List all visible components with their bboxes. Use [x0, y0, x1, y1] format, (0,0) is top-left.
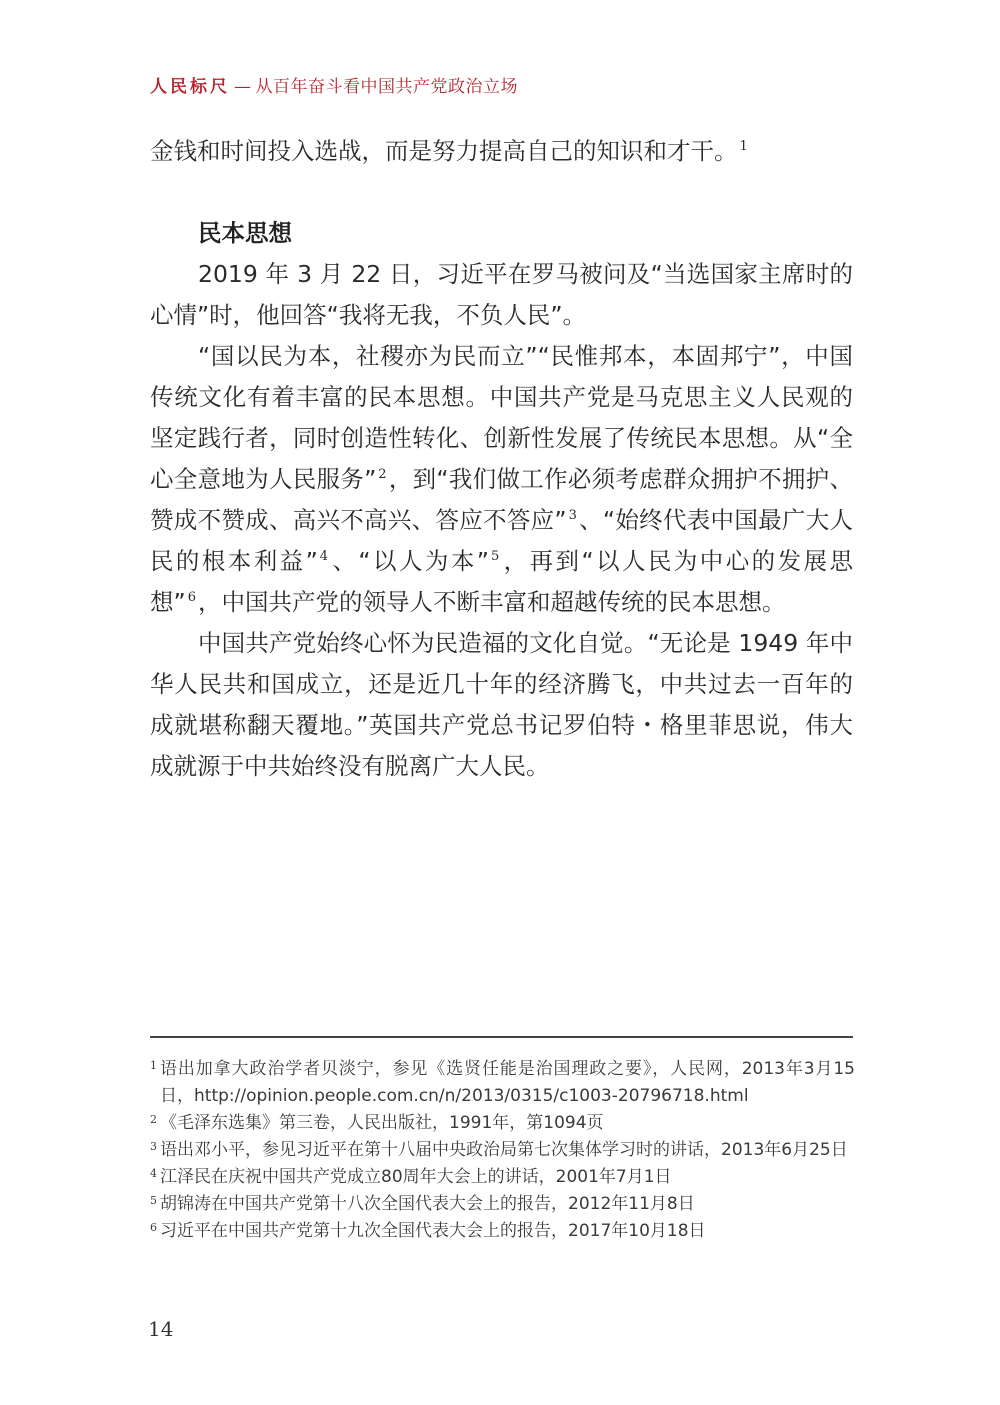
continuation-text: 金钱和时间投入选战，而是努力提高自己的知识和才干。 [150, 137, 738, 165]
footnote-text: 《毛泽东选集》第三卷，人民出版社，1991年，第1094页 [160, 1110, 855, 1137]
footnote-text: 语出邓小平，参见习近平在第十八届中央政治局第七次集体学习时的讲话，2013年6月… [160, 1137, 855, 1164]
footnote-ref[interactable]: 6 [188, 590, 196, 605]
footnote-text: 习近平在中国共产党第十九次全国代表大会上的报告，2017年10月18日 [160, 1218, 855, 1245]
paragraph: “国以民为本，社稷亦为民而立”“民惟邦本，本固邦宁”，中国传统文化有着丰富的民本… [150, 336, 853, 623]
footnote-6: 6 习近平在中国共产党第十九次全国代表大会上的报告，2017年10月18日 [150, 1218, 855, 1245]
footnote-2: 2 《毛泽东选集》第三卷，人民出版社，1991年，第1094页 [150, 1110, 855, 1137]
footnotes: 1 语出加拿大政治学者贝淡宁，参见《选贤任能是治国理政之要》，人民网，2013年… [150, 1056, 855, 1245]
paragraph-text: 中国共产党始终心怀为民造福的文化自觉。“无论是 1949 年中华人民共和国成立，… [150, 629, 853, 780]
header-separator: — [234, 77, 252, 97]
paragraph-text: ，中国共产党的领导人不断丰富和超越传统的民本思想。 [198, 588, 786, 616]
footnote-1: 1 语出加拿大政治学者贝淡宁，参见《选贤任能是治国理政之要》，人民网，2013年… [150, 1056, 855, 1110]
footnote-number: 1 [150, 1052, 157, 1079]
footnote-ref[interactable]: 1 [740, 139, 748, 154]
footnote-5: 5 胡锦涛在中国共产党第十八次全国代表大会上的报告，2012年11月8日 [150, 1191, 855, 1218]
paragraph-text: 2019 年 3 月 22 日，习近平在罗马被问及“当选国家主席时的心情”时，他… [150, 260, 853, 329]
continuation-paragraph: 金钱和时间投入选战，而是努力提高自己的知识和才干。1 [150, 131, 853, 172]
footnote-3: 3 语出邓小平，参见习近平在第十八届中央政治局第七次集体学习时的讲话，2013年… [150, 1137, 855, 1164]
paragraph: 中国共产党始终心怀为民造福的文化自觉。“无论是 1949 年中华人民共和国成立，… [150, 623, 853, 787]
footnote-number: 5 [150, 1187, 157, 1214]
running-header: 人民标尺—从百年奋斗看中国共产党政治立场 [150, 72, 518, 97]
footnote-4: 4 江泽民在庆祝中国共产党成立80周年大会上的讲话，2001年7月1日 [150, 1164, 855, 1191]
footnote-ref[interactable]: 4 [320, 549, 328, 564]
section-heading: 民本思想 [198, 214, 292, 248]
footnote-divider [150, 1036, 853, 1038]
footnote-ref[interactable]: 5 [491, 549, 499, 564]
footnote-text: 语出加拿大政治学者贝淡宁，参见《选贤任能是治国理政之要》，人民网，2013年3月… [160, 1056, 855, 1110]
book-title: 人民标尺 [150, 77, 230, 97]
section-body: 2019 年 3 月 22 日，习近平在罗马被问及“当选国家主席时的心情”时，他… [150, 254, 853, 787]
footnote-number: 6 [150, 1214, 157, 1241]
paragraph: 2019 年 3 月 22 日，习近平在罗马被问及“当选国家主席时的心情”时，他… [150, 254, 853, 336]
footnote-number: 4 [150, 1160, 157, 1187]
footnote-text: 胡锦涛在中国共产党第十八次全国代表大会上的报告，2012年11月8日 [160, 1191, 855, 1218]
footnote-number: 2 [150, 1106, 157, 1133]
footnote-ref[interactable]: 2 [378, 467, 386, 482]
book-subtitle: 从百年奋斗看中国共产党政治立场 [256, 77, 519, 97]
footnote-number: 3 [150, 1133, 157, 1160]
page-number: 14 [148, 1317, 173, 1341]
footnote-text: 江泽民在庆祝中国共产党成立80周年大会上的讲话，2001年7月1日 [160, 1164, 855, 1191]
paragraph-text: 、“以人为本” [330, 547, 489, 575]
footnote-ref[interactable]: 3 [569, 508, 577, 523]
